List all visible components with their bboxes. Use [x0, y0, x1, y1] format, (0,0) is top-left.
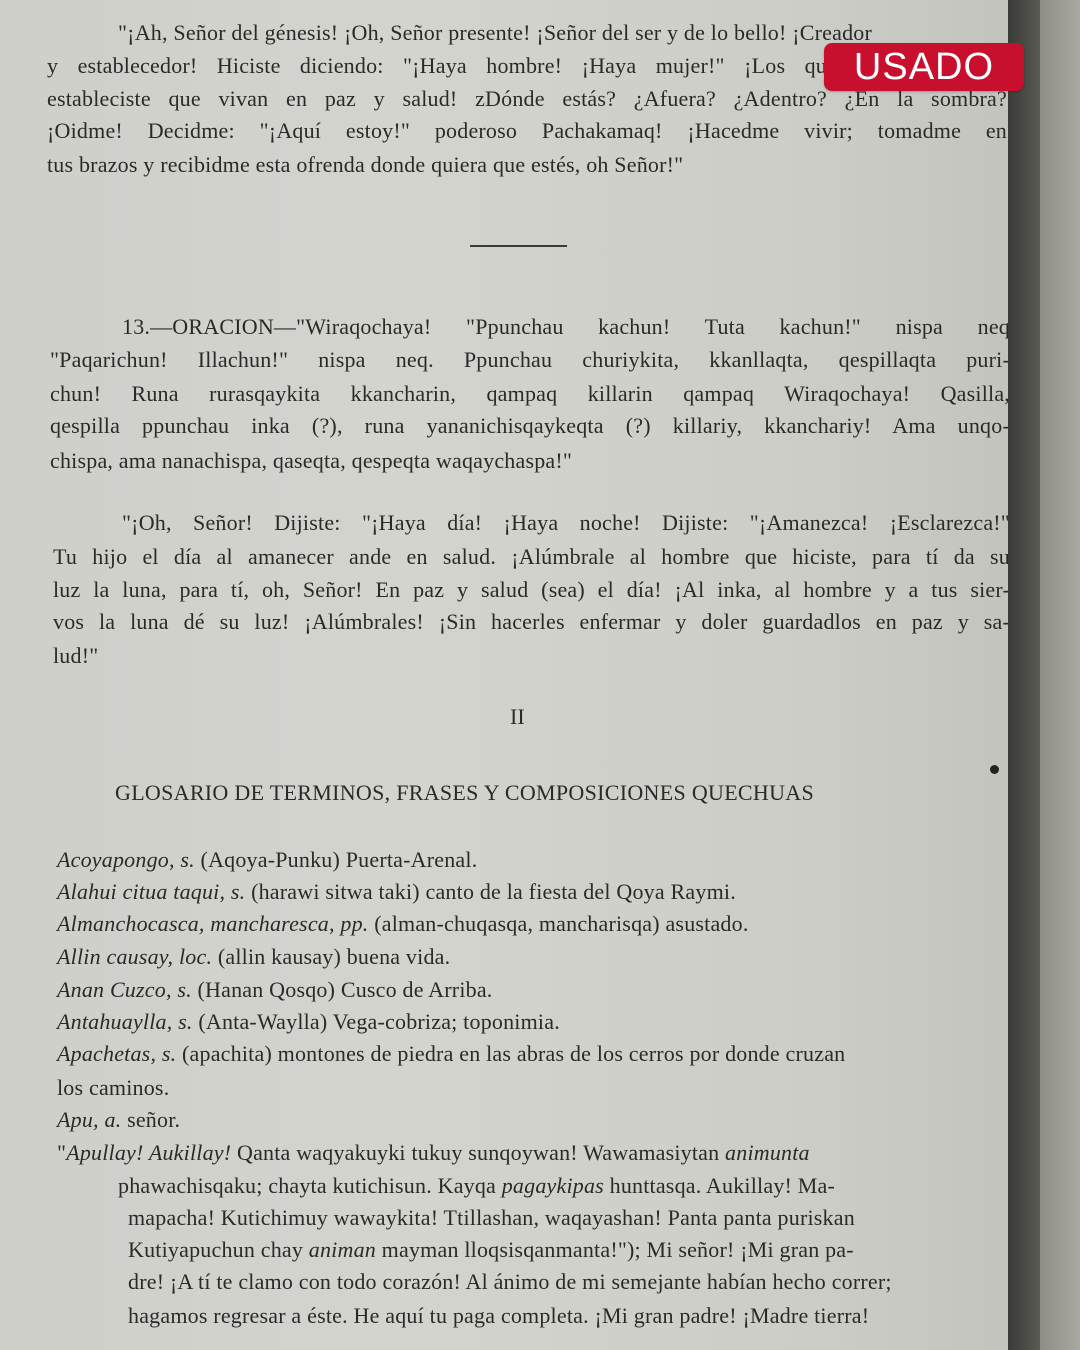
- text-line: "¡Oh, Señor! Dijiste: "¡Haya día! ¡Haya …: [122, 509, 1010, 537]
- glossary-term: Allin causay,: [57, 944, 173, 969]
- glossary-definition: (Hanan Qosqo) Cusco de Arriba.: [198, 977, 493, 1002]
- glossary-entry: Antahuaylla, s. (Anta-Waylla) Vega-cobri…: [57, 1008, 560, 1036]
- glossary-category: a.: [104, 1107, 121, 1132]
- glossary-definition: (Anta-Waylla) Vega-cobriza; toponimia.: [198, 1009, 560, 1034]
- text-line: vos la luna dé su luz! ¡Alúmbrales! ¡Sin…: [53, 608, 1010, 636]
- text-span: mayman lloqsisqanmanta!"); Mi señor! ¡Mi…: [376, 1237, 854, 1262]
- text-line: y establecedor! Hiciste diciendo: "¡Haya…: [47, 52, 827, 80]
- italic-word: animan: [309, 1237, 376, 1262]
- glossary-entry-continuation: los caminos.: [57, 1074, 169, 1102]
- book-spine-shadow: [1008, 0, 1040, 1350]
- text-line: tus brazos y recibidme esta ofrenda dond…: [47, 151, 683, 179]
- glossary-entry: Allin causay, loc. (allin kausay) buena …: [57, 943, 450, 971]
- glossary-term: Apachetas,: [57, 1041, 156, 1066]
- text-span: hunttasqa. Aukillay! Ma-: [604, 1173, 835, 1198]
- book-page: "¡Ah, Señor del génesis! ¡Oh, Señor pres…: [0, 0, 1010, 1350]
- glossary-definition: (allin kausay) buena vida.: [218, 944, 450, 969]
- glossary-category: s.: [178, 1009, 192, 1034]
- italic-word: animunta: [725, 1140, 810, 1165]
- text-line: dre! ¡A tí te clamo con todo corazón! Al…: [128, 1268, 892, 1296]
- glossary-term: Anan Cuzco,: [57, 977, 172, 1002]
- glossary-category: s.: [162, 1041, 176, 1066]
- text-line: chun! Runa rurasqaykita kkancharin, qamp…: [50, 380, 1010, 408]
- glossary-entry: Apu, a. señor.: [57, 1106, 180, 1134]
- glossary-definition: señor.: [127, 1107, 180, 1132]
- text-line: chispa, ama nanachispa, qaseqta, qespeqt…: [50, 447, 572, 475]
- glossary-entry: Apachetas, s. (apachita) montones de pie…: [57, 1040, 845, 1068]
- text-line: phawachisqaku; chayta kutichisun. Kayqa …: [118, 1172, 835, 1200]
- text-line: Kutiyapuchun chay animan mayman lloqsisq…: [128, 1236, 854, 1264]
- section-number: II: [510, 704, 525, 730]
- glossary-term: Alahui citua taqui,: [57, 879, 225, 904]
- glossary-term: Apullay! Aukillay!: [66, 1140, 231, 1165]
- adjacent-page-edge: [1040, 0, 1080, 1350]
- glossary-definition: (apachita) montones de piedra en las abr…: [182, 1041, 845, 1066]
- text-span: Qanta waqyakuyki tukuy sunqoywan! Wawama…: [231, 1140, 725, 1165]
- glossary-definition: (Aqoya-Punku) Puerta-Arenal.: [201, 847, 478, 872]
- text-line: "Paqarichun! Illachun!" nispa neq. Ppunc…: [50, 346, 1010, 374]
- text-line: ¡Oidme! Decidme: "¡Aquí estoy!" poderoso…: [47, 117, 1007, 145]
- glossary-definition: (alman-chuqasqa, mancharisqa) asustado.: [374, 911, 748, 936]
- glossary-entry: Alahui citua taqui, s. (harawi sitwa tak…: [57, 878, 736, 906]
- quote-mark: ": [57, 1140, 66, 1165]
- text-line: Tu hijo el día al amanecer ande en salud…: [53, 543, 1010, 571]
- text-line: luz la luna, para tí, oh, Señor! En paz …: [53, 576, 1010, 604]
- glossary-category: s.: [177, 977, 191, 1002]
- text-span: Kutiyapuchun chay: [128, 1237, 309, 1262]
- text-line: qespilla ppunchau inka (?), runa yananic…: [50, 412, 1010, 440]
- glossary-definition: (harawi sitwa taki) canto de la fiesta d…: [251, 879, 736, 904]
- used-condition-badge: USADO: [824, 43, 1024, 91]
- glossary-category: s.: [180, 847, 194, 872]
- glossary-category: s.: [231, 879, 245, 904]
- section-divider: [470, 245, 567, 247]
- glossary-term: Acoyapongo,: [57, 847, 175, 872]
- text-line: mapacha! Kutichimuy wawaykita! Ttillasha…: [128, 1204, 855, 1232]
- glossary-term: Almanchocasca, mancharesca,: [57, 911, 335, 936]
- glossary-definition: los caminos.: [57, 1075, 169, 1100]
- glossary-term: Antahuaylla,: [57, 1009, 172, 1034]
- italic-word: pagaykipas: [502, 1173, 604, 1198]
- ink-spot: [990, 765, 999, 774]
- glossary-entry: Anan Cuzco, s. (Hanan Qosqo) Cusco de Ar…: [57, 976, 493, 1004]
- text-span: phawachisqaku; chayta kutichisun. Kayqa: [118, 1173, 502, 1198]
- glossary-category: loc.: [179, 944, 212, 969]
- text-line: "Apullay! Aukillay! Qanta waqyakuyki tuk…: [57, 1139, 810, 1167]
- text-line: hagamos regresar a éste. He aquí tu paga…: [128, 1302, 869, 1330]
- text-line: 13.—ORACION—"Wiraqochaya! "Ppunchau kach…: [122, 313, 1010, 341]
- text-line: lud!": [53, 642, 98, 670]
- glossary-title: GLOSARIO DE TERMINOS, FRASES Y COMPOSICI…: [115, 780, 814, 806]
- glossary-entry: Almanchocasca, mancharesca, pp. (alman-c…: [57, 910, 749, 938]
- glossary-entry: Acoyapongo, s. (Aqoya-Punku) Puerta-Aren…: [57, 846, 477, 874]
- glossary-term: Apu,: [57, 1107, 99, 1132]
- glossary-category: pp.: [340, 911, 368, 936]
